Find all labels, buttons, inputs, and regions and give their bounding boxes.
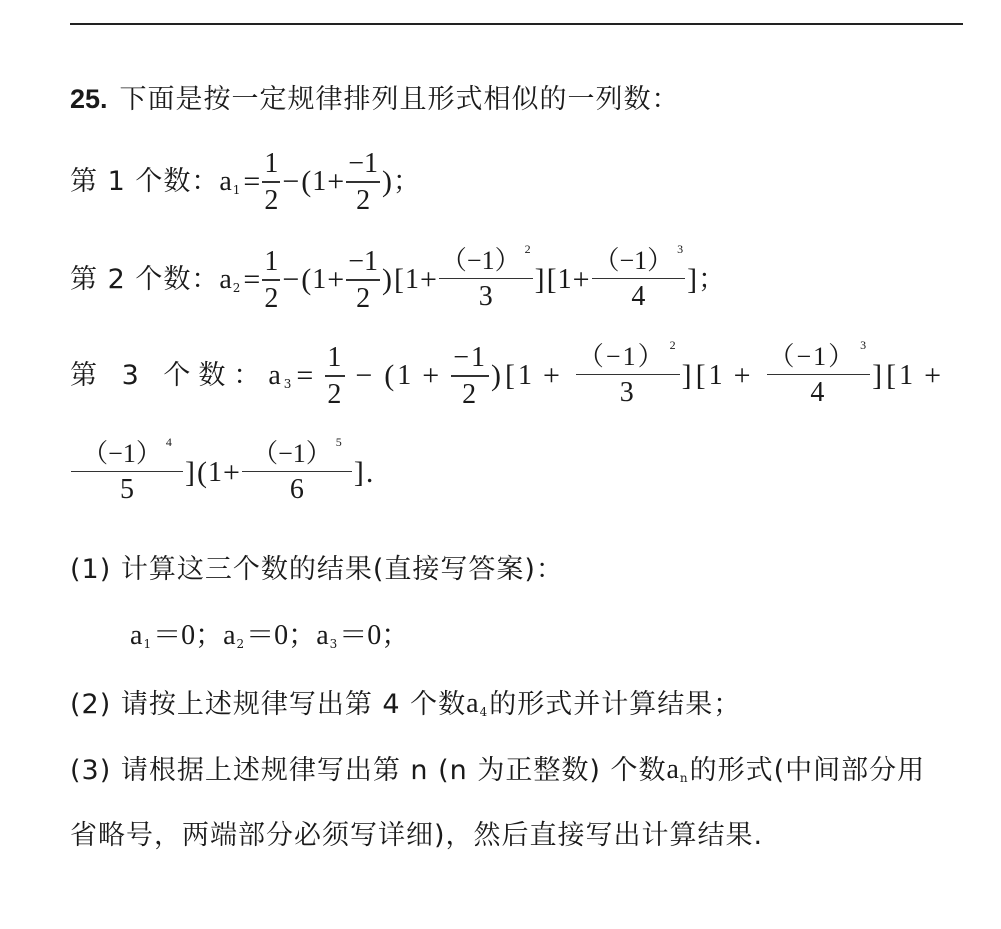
item-label: 第 3 个数： xyxy=(70,362,268,389)
subscript: 4 xyxy=(480,706,488,718)
fraction-neg-half: −12 xyxy=(346,244,380,316)
variable: a xyxy=(316,622,328,650)
one: 1 xyxy=(899,362,915,390)
bracket-close: ] xyxy=(535,265,545,295)
bracket-close: ] xyxy=(687,265,697,295)
bracket-close: ] xyxy=(872,361,884,391)
denominator: 3 xyxy=(618,375,638,410)
denominator: 2 xyxy=(262,281,280,316)
minus-sign: − xyxy=(282,265,299,295)
numerator: −1 xyxy=(451,340,489,375)
item-label: 第 1 个数： xyxy=(70,168,219,195)
denominator: 2 xyxy=(262,183,280,218)
paren-close: ) xyxy=(491,361,503,391)
base: （−1） xyxy=(578,342,666,371)
part-3-suffix: 的形式(中间部分用 xyxy=(690,757,926,784)
bracket-open: [ xyxy=(886,361,898,391)
denominator: 2 xyxy=(354,281,372,316)
answer-value: ＝0； xyxy=(153,622,223,650)
denominator: 2 xyxy=(460,377,480,412)
exponent: 2 xyxy=(670,338,678,352)
subscript: 3 xyxy=(284,378,294,390)
part-1-answers: a1＝0； a2＝0； a3＝0； xyxy=(130,622,409,650)
part-2-prefix: (2) 请按上述规律写出第 4 个数 xyxy=(70,691,466,718)
base: （−1） xyxy=(252,439,332,468)
item-1: 第 1 个数： a1 = 12 − (1+ −12 )； xyxy=(70,146,421,218)
item-3-continuation: （−1）45 ] (1+ （−1）56 ]. xyxy=(70,438,374,507)
variable: a xyxy=(466,690,478,718)
denominator: 2 xyxy=(325,377,345,412)
fraction-power-5: （−1）56 xyxy=(242,438,352,507)
fraction-power-2: （−1）23 xyxy=(439,245,533,314)
numerator: 1 xyxy=(262,244,280,279)
fraction-power-3: （−1）34 xyxy=(767,341,871,410)
answer-value: ＝0； xyxy=(339,622,409,650)
exponent: 2 xyxy=(525,242,531,256)
subscript: 1 xyxy=(233,184,241,196)
question-number: 25. xyxy=(70,86,108,113)
exponent: 3 xyxy=(677,242,683,256)
bracket-open: [ xyxy=(394,265,404,295)
item-3: 第 3 个数： a3 = 12 − (1+ −12 ) [1+ （−1）23 ]… xyxy=(70,340,944,412)
one: 1 xyxy=(312,168,326,196)
plus-sign: + xyxy=(420,265,437,295)
numerator: （−1）3 xyxy=(767,341,871,374)
variable: a xyxy=(223,622,235,650)
one: 1 xyxy=(208,459,222,487)
fraction-half: 12 xyxy=(325,340,345,412)
bracket-close: ] xyxy=(185,458,195,488)
bracket-open: [ xyxy=(696,361,708,391)
fraction-power-3: （−1）34 xyxy=(592,245,686,314)
plus-sign: + xyxy=(543,361,562,391)
variable: a xyxy=(268,362,282,390)
period: . xyxy=(366,458,374,488)
semicolon: ； xyxy=(698,266,726,293)
fraction-neg-half: −12 xyxy=(346,146,380,218)
base: （−1） xyxy=(441,246,521,275)
variable: a xyxy=(219,168,231,196)
one: 1 xyxy=(405,266,419,294)
one: 1 xyxy=(709,362,725,390)
numerator: （−1）2 xyxy=(576,341,680,374)
paren-open: ( xyxy=(301,167,311,197)
part-2: (2) 请按上述规律写出第 4 个数 a4 的形式并计算结果； xyxy=(70,690,741,718)
minus-sign: − xyxy=(282,167,299,197)
base: （−1） xyxy=(769,342,857,371)
numerator: −1 xyxy=(346,146,380,181)
paren-open: ( xyxy=(301,265,311,295)
fraction-power-4: （−1）45 xyxy=(71,438,183,507)
paren-open: ( xyxy=(384,361,396,391)
denominator: 3 xyxy=(477,279,495,314)
numerator: （−1）4 xyxy=(80,438,174,471)
denominator: 5 xyxy=(118,472,136,507)
plus-sign: + xyxy=(924,361,943,391)
numerator: −1 xyxy=(346,244,380,279)
subscript: 1 xyxy=(143,638,151,650)
part-3-line-2: 省略号，两端部分必须写详细)，然后直接写出计算结果. xyxy=(70,822,763,849)
part-3-line-2-text: 省略号，两端部分必须写详细)，然后直接写出计算结果. xyxy=(70,822,763,849)
denominator: 2 xyxy=(354,183,372,218)
numerator: （−1）3 xyxy=(592,245,686,278)
part-1-prompt: (1) 计算这三个数的结果(直接写答案)： xyxy=(70,556,564,583)
fraction-half: 12 xyxy=(262,244,280,316)
numerator: （−1）5 xyxy=(250,438,344,471)
part-2-suffix: 的形式并计算结果； xyxy=(489,691,741,718)
answer-value: ＝0； xyxy=(246,622,316,650)
item-label: 第 2 个数： xyxy=(70,266,219,293)
part-1-text: (1) 计算这三个数的结果(直接写答案)： xyxy=(70,556,564,583)
bracket-open: [ xyxy=(547,265,557,295)
one: 1 xyxy=(397,362,413,390)
plus-sign: + xyxy=(422,361,441,391)
equals-sign: = xyxy=(243,167,260,197)
variable: a xyxy=(130,622,142,650)
bracket-close: ] xyxy=(682,361,694,391)
top-rule xyxy=(70,23,963,25)
numerator: （−1）2 xyxy=(439,245,533,278)
exponent: 5 xyxy=(336,435,342,449)
question-intro: 下面是按一定规律排列且形式相似的一列数： xyxy=(120,86,680,113)
fraction-power-2: （−1）23 xyxy=(576,341,680,410)
denominator: 4 xyxy=(808,375,828,410)
subscript: 2 xyxy=(237,638,245,650)
plus-sign: + xyxy=(223,458,240,488)
item-2: 第 2 个数： a2 = 12 − (1+ −12 ) [1+ （−1）23 ]… xyxy=(70,244,726,316)
exponent: 4 xyxy=(166,435,172,449)
equals-sign: = xyxy=(243,265,260,295)
one: 1 xyxy=(312,266,326,294)
paren-open: ( xyxy=(197,458,207,488)
fraction-half: 12 xyxy=(262,146,280,218)
paren-close: ) xyxy=(382,167,392,197)
plus-sign: + xyxy=(327,265,344,295)
semicolon: ； xyxy=(393,168,421,195)
subscript: 3 xyxy=(330,638,338,650)
part-3-prefix: (3) 请根据上述规律写出第 n (n 为正整数) 个数 xyxy=(70,757,666,784)
question-header: 25. 下面是按一定规律排列且形式相似的一列数： xyxy=(70,86,680,113)
variable: a xyxy=(666,756,678,784)
exponent: 3 xyxy=(860,338,868,352)
variable: a xyxy=(219,266,231,294)
subscript: n xyxy=(680,772,688,784)
bracket-open: [ xyxy=(505,361,517,391)
minus-sign: − xyxy=(355,361,374,391)
subscript: 2 xyxy=(233,282,241,294)
denominator: 4 xyxy=(629,279,647,314)
numerator: 1 xyxy=(262,146,280,181)
base: （−1） xyxy=(594,246,674,275)
equals-sign: = xyxy=(296,361,315,391)
denominator: 6 xyxy=(288,472,306,507)
one: 1 xyxy=(518,362,534,390)
plus-sign: + xyxy=(734,361,753,391)
numerator: 1 xyxy=(325,340,345,375)
bracket-close: ] xyxy=(354,458,364,488)
fraction-neg-half: −12 xyxy=(451,340,489,412)
plus-sign: + xyxy=(573,265,590,295)
one: 1 xyxy=(558,266,572,294)
paren-close: ) xyxy=(382,265,392,295)
plus-sign: + xyxy=(327,167,344,197)
base: （−1） xyxy=(82,439,162,468)
part-3: (3) 请根据上述规律写出第 n (n 为正整数) 个数 an 的形式(中间部分… xyxy=(70,756,925,784)
